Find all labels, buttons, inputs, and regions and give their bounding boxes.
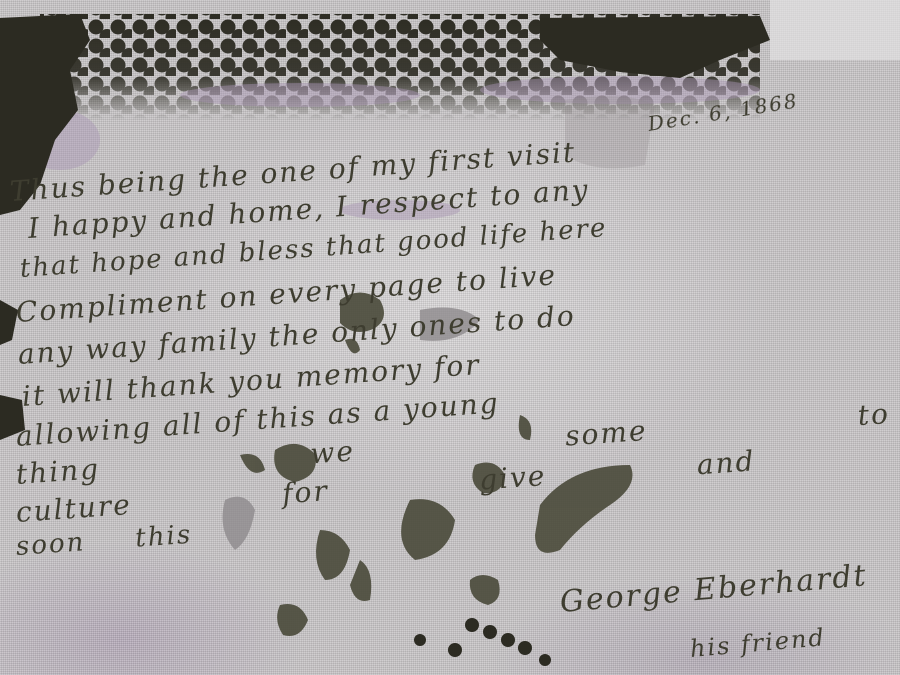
halftone-dots-bottom	[414, 618, 551, 666]
fabric-photo: Dec. 6, 1868 Thus being the one of my fi…	[0, 0, 900, 675]
